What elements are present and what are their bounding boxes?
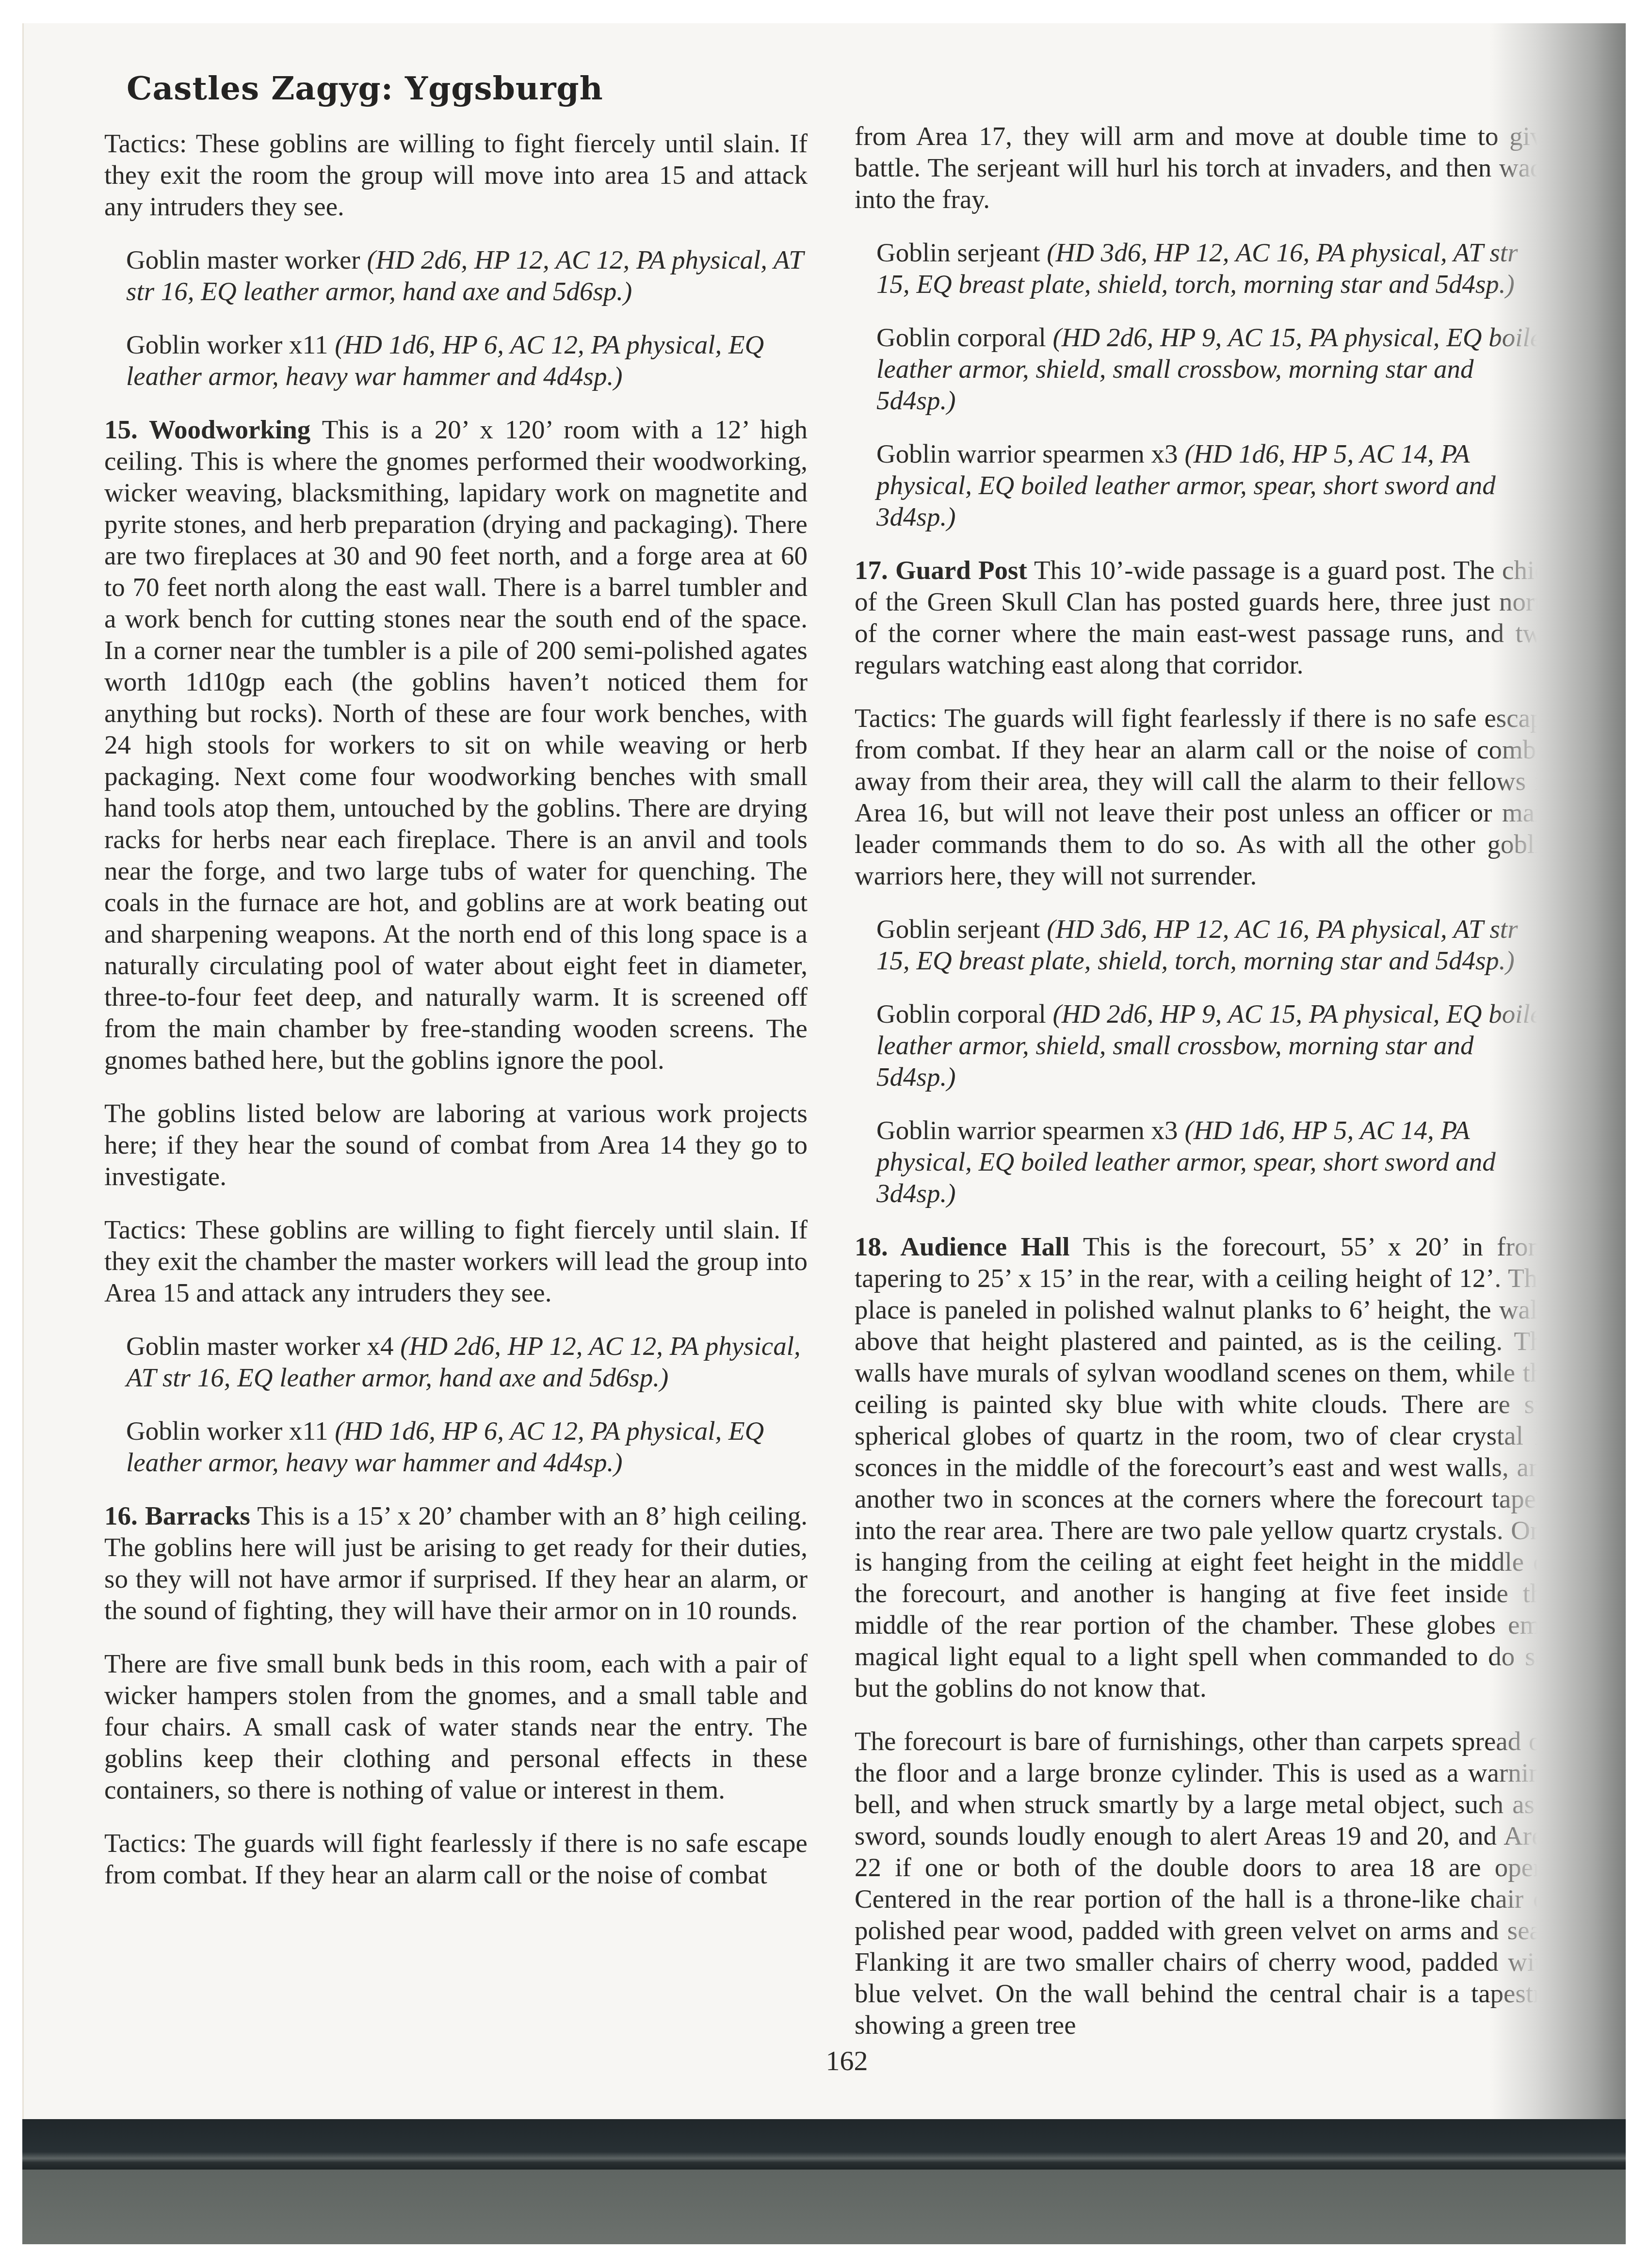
paragraph: Tactics: The guards will fight fearlessl… xyxy=(104,1827,808,1890)
stat-block: Goblin corporal (HD 2d6, HP 9, AC 15, PA… xyxy=(876,998,1555,1093)
area-entry-18: 18. Audience Hall This is the forecourt,… xyxy=(855,1231,1555,1704)
creature-name: Goblin warrior spearmen x3 xyxy=(876,1115,1178,1145)
paragraph: The goblins listed below are laboring at… xyxy=(104,1097,808,1192)
page-title: Castles Zagyg: Yggsburgh xyxy=(127,69,603,107)
area-heading: 16. Barracks xyxy=(104,1501,250,1530)
paragraph: Tactics: The guards will fight fearlessl… xyxy=(855,702,1555,891)
paragraph: The forecourt is bare of furnishings, ot… xyxy=(855,1725,1555,2041)
page-number: 162 xyxy=(823,2044,871,2077)
creature-name: Goblin worker x11 xyxy=(126,330,328,359)
stat-block: Goblin corporal (HD 2d6, HP 9, AC 15, PA… xyxy=(876,322,1555,416)
area-entry-16: 16. Barracks This is a 15’ x 20’ chamber… xyxy=(104,1500,808,1626)
area-heading: 18. Audience Hall xyxy=(855,1232,1069,1261)
stat-block: Goblin serjeant (HD 3d6, HP 12, AC 16, P… xyxy=(876,237,1555,300)
stat-block: Goblin serjeant (HD 3d6, HP 12, AC 16, P… xyxy=(876,913,1555,976)
area-heading: 15. Woodworking xyxy=(104,415,310,444)
stat-block: Goblin worker x11 (HD 1d6, HP 6, AC 12, … xyxy=(126,329,808,392)
left-column: Tactics: These goblins are willing to fi… xyxy=(104,128,808,1912)
creature-name: Goblin worker x11 xyxy=(126,1416,328,1446)
area-heading: 17. Guard Post xyxy=(855,555,1027,585)
scanned-page: Castles Zagyg: Yggsburgh Tactics: These … xyxy=(22,23,1626,2244)
creature-name: Goblin warrior spearmen x3 xyxy=(876,439,1178,468)
stat-block: Goblin warrior spearmen x3 (HD 1d6, HP 5… xyxy=(876,1114,1555,1209)
stat-block: Goblin worker x11 (HD 1d6, HP 6, AC 12, … xyxy=(126,1415,808,1478)
area-entry-17: 17. Guard Post This 10’-wide passage is … xyxy=(855,554,1555,680)
creature-name: Goblin corporal xyxy=(876,322,1046,352)
area-entry-15: 15. Woodworking This is a 20’ x 120’ roo… xyxy=(104,414,808,1076)
creature-name: Goblin corporal xyxy=(876,999,1046,1029)
creature-name: Goblin master worker x4 xyxy=(126,1331,393,1361)
paragraph: from Area 17, they will arm and move at … xyxy=(855,120,1555,215)
area-text: This is a 20’ x 120’ room with a 12’ hig… xyxy=(104,415,808,1075)
paragraph: Tactics: These goblins are willing to fi… xyxy=(104,1214,808,1308)
scanner-bed xyxy=(22,2170,1626,2244)
book-gutter-shadow xyxy=(1490,23,1626,2119)
creature-name: Goblin serjeant xyxy=(876,238,1040,267)
creature-name: Goblin serjeant xyxy=(876,914,1040,944)
scanner-edge-dark xyxy=(22,2119,1626,2170)
paragraph: There are five small bunk beds in this r… xyxy=(104,1648,808,1805)
area-text: This is the forecourt, 55’ x 20’ in fron… xyxy=(855,1232,1555,1703)
stat-block: Goblin warrior spearmen x3 (HD 1d6, HP 5… xyxy=(876,438,1555,532)
page-edge xyxy=(22,23,29,2119)
right-column: from Area 17, they will arm and move at … xyxy=(855,120,1555,2062)
stat-block: Goblin master worker (HD 2d6, HP 12, AC … xyxy=(126,244,808,307)
stat-block: Goblin master worker x4 (HD 2d6, HP 12, … xyxy=(126,1330,808,1393)
creature-name: Goblin master worker xyxy=(126,245,360,274)
paragraph: Tactics: These goblins are willing to fi… xyxy=(104,128,808,222)
